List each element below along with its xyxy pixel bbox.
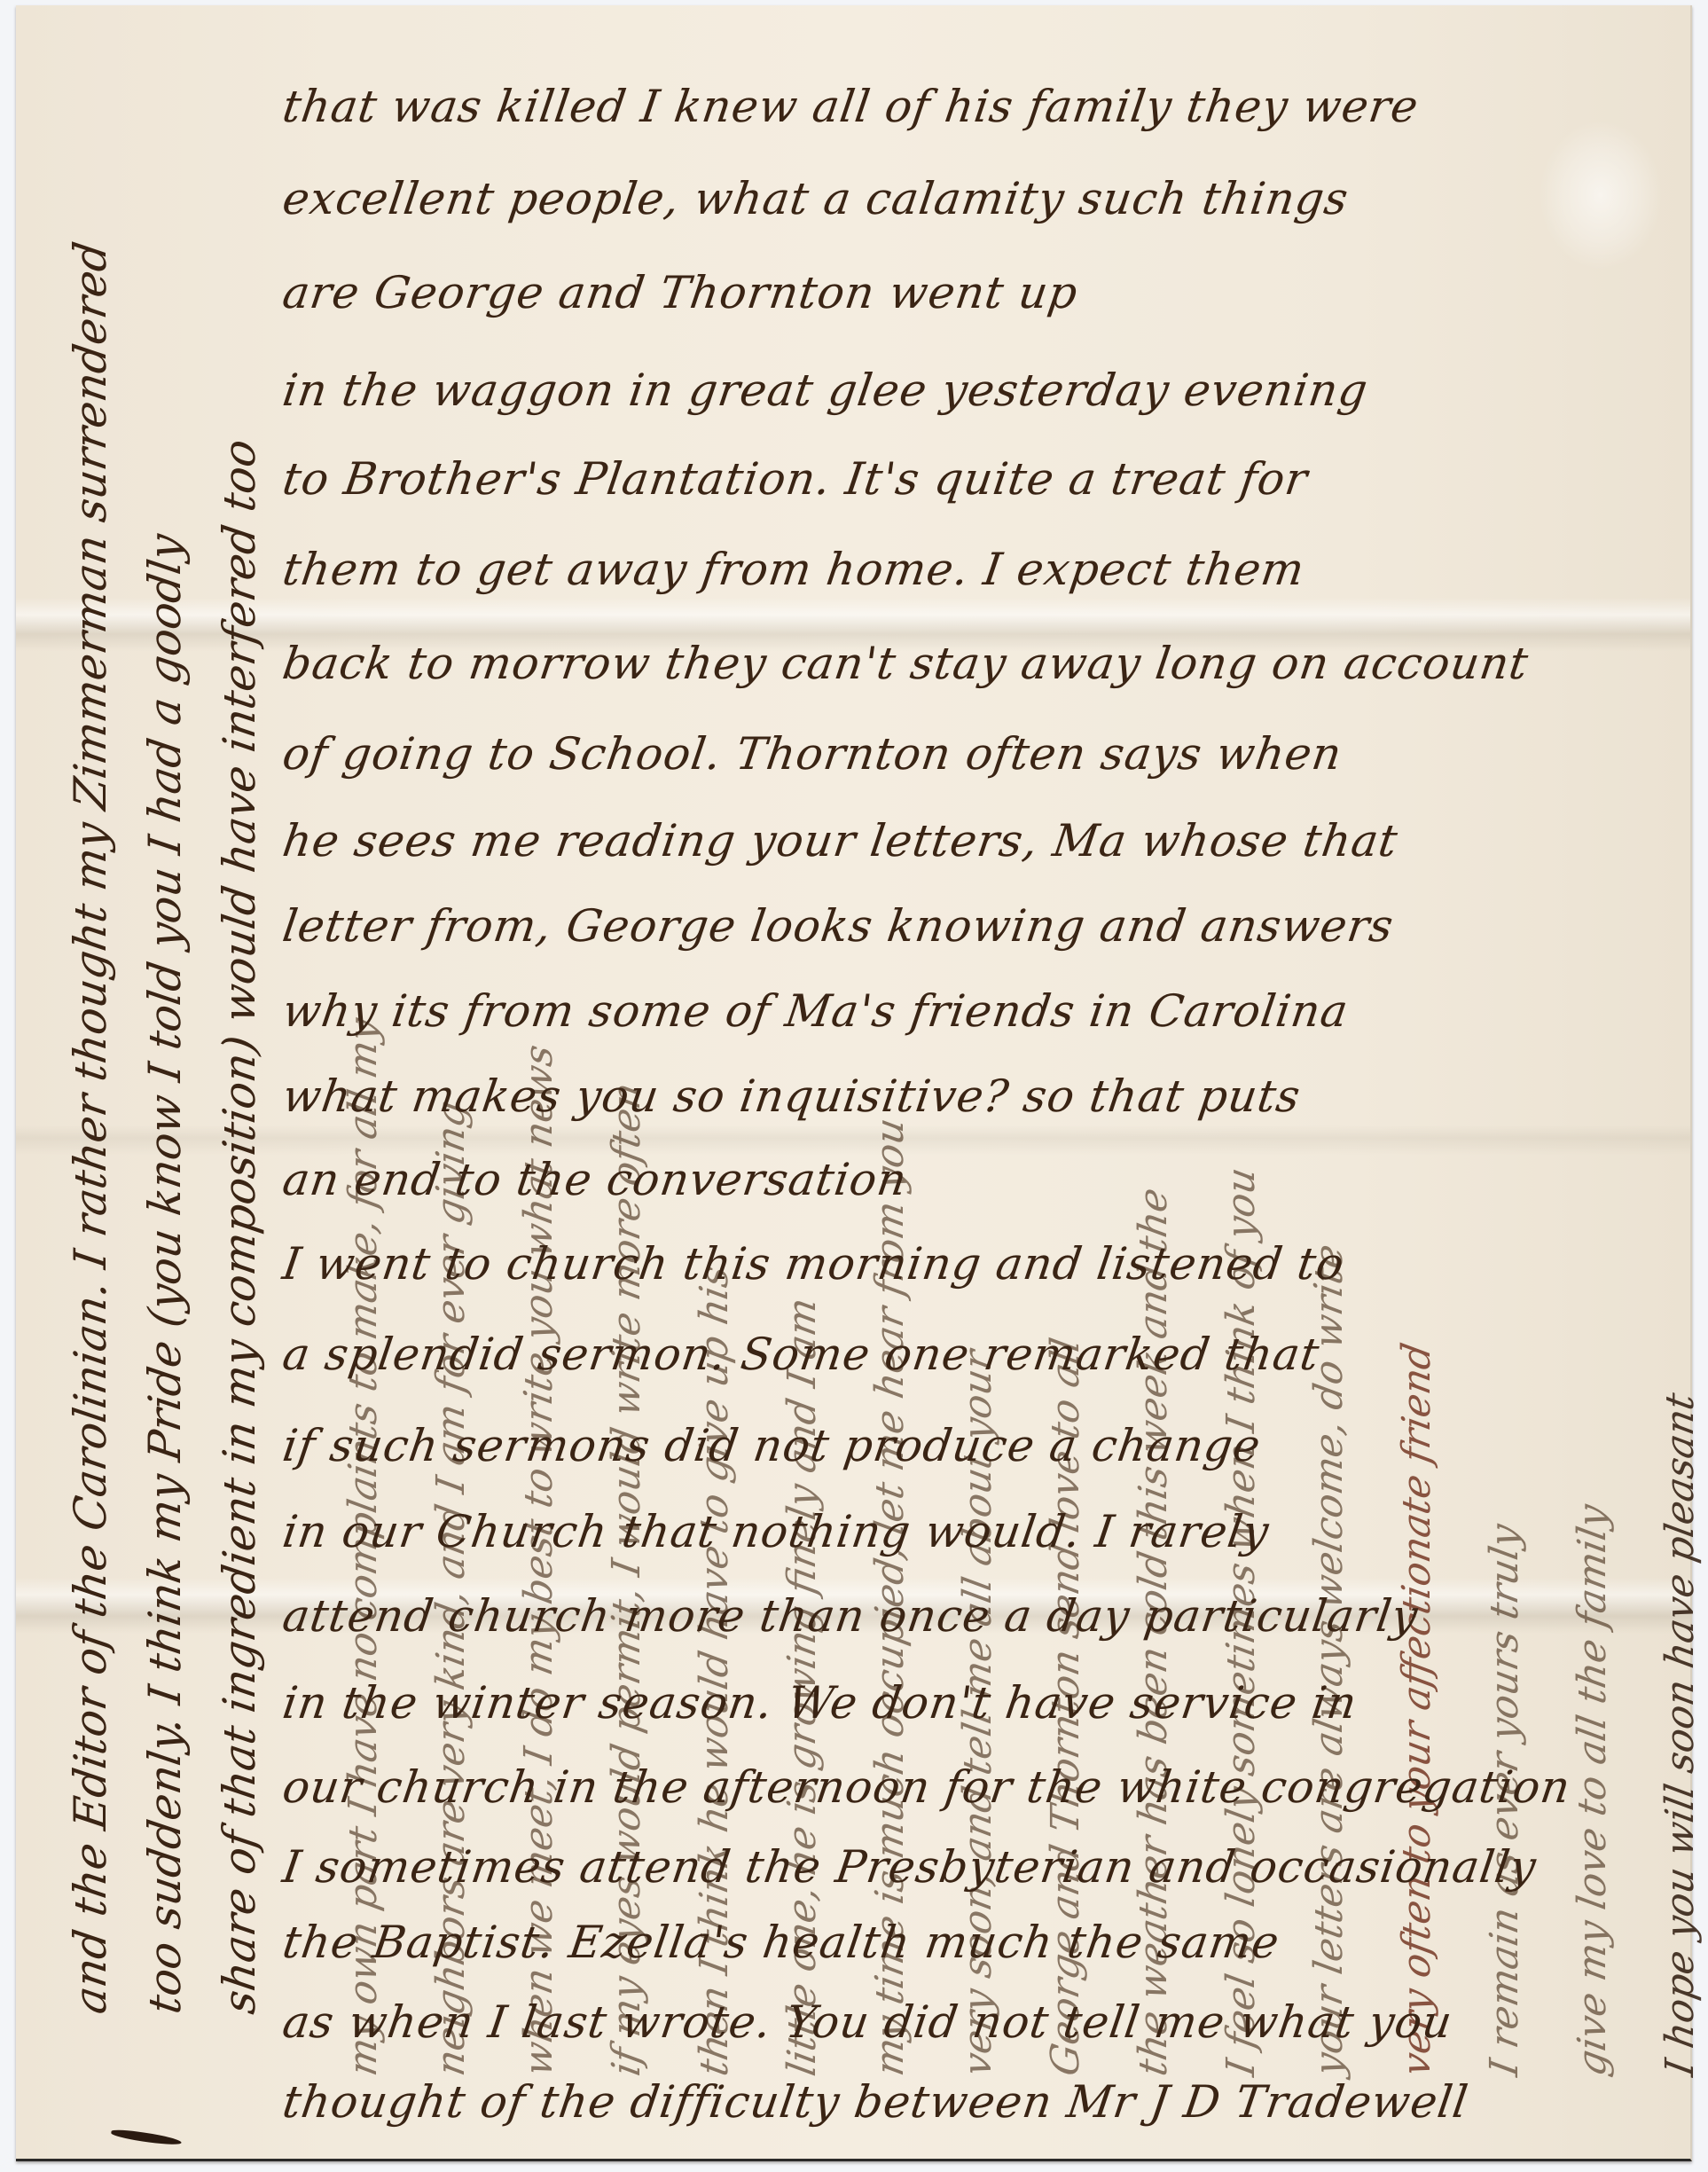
text-line: in our Church that nothing would. I rare…	[279, 1505, 1273, 1558]
margin-line: share of that ingredient in my compositi…	[202, 21, 277, 2125]
text-line: an end to the conversation	[279, 1153, 911, 1206]
text-line: to Brother's Plantation. It's quite a tr…	[279, 452, 1312, 506]
margin-line: too suddenly. I think my Pride (you know…	[128, 21, 202, 2125]
text-line: why its from some of Ma's friends in Car…	[279, 984, 1352, 1038]
text-line: the Baptist. Ezella's health much the sa…	[279, 1916, 1283, 1969]
cross-line: I hope you will soon have pleasant	[1636, 36, 1708, 2118]
margin-line: and the Editor of the Carolinian. I rath…	[53, 21, 128, 2125]
text-line: if such sermons did not produce a change	[279, 1419, 1265, 1472]
text-line: I sometimes attend the Presbyterian and …	[279, 1840, 1540, 1894]
text-line: as when I last wrote. You did not tell m…	[279, 1996, 1456, 2049]
text-line: a splendid sermon. Some one remarked tha…	[279, 1328, 1323, 1381]
text-line: I went to church this morning and listen…	[279, 1237, 1348, 1290]
text-line: that was killed I knew all of his family…	[279, 80, 1422, 133]
text-line: them to get away from home. I expect the…	[279, 543, 1308, 596]
margin-text: and the Editor of the Carolinian. I rath…	[53, 27, 277, 2120]
text-line: letter from, George looks knowing and an…	[279, 899, 1397, 953]
text-line: thought of the difficulty between Mr J D…	[279, 2075, 1472, 2129]
text-line: of going to School. Thornton often says …	[279, 727, 1345, 780]
text-line: excellent people, what a calamity such t…	[279, 172, 1352, 225]
text-line: are George and Thornton went up	[279, 266, 1081, 319]
text-line: he sees me reading your letters, Ma whos…	[279, 814, 1401, 867]
text-line: our church in the afternoon for the whit…	[279, 1760, 1574, 1814]
text-line: in the winter season. We don't have serv…	[279, 1676, 1360, 1729]
text-line: attend church more than once a day parti…	[279, 1589, 1422, 1643]
text-line: back to morrow they can't stay away long…	[279, 637, 1532, 690]
text-line: what makes you so inquisitive? so that p…	[279, 1070, 1304, 1123]
text-line: in the waggon in great glee yesterday ev…	[279, 364, 1371, 417]
